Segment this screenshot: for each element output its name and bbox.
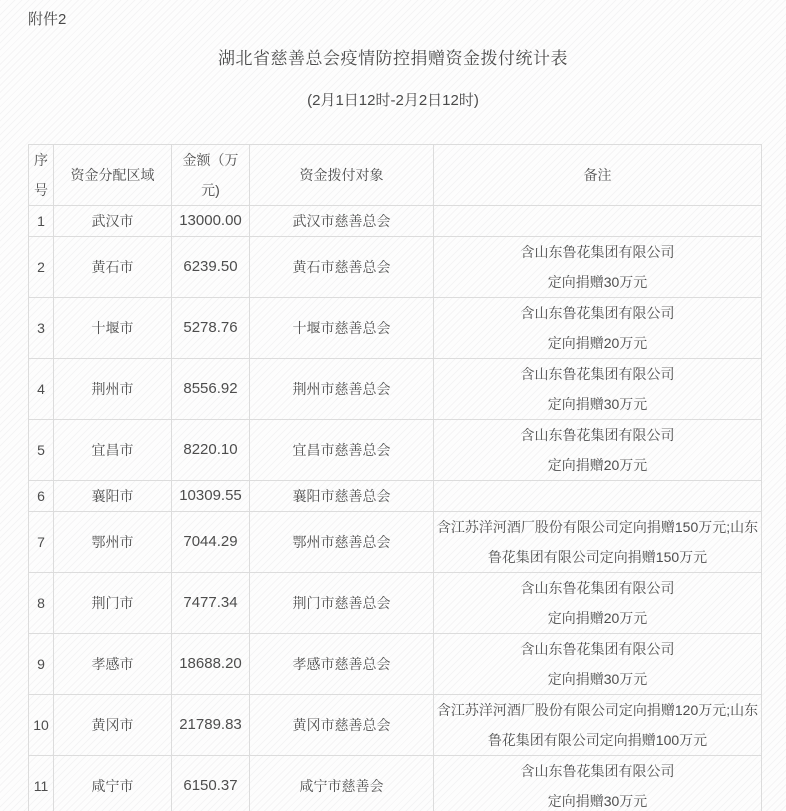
cell-amount: 13000.00 [172, 206, 250, 237]
table-row: 1 武汉市 13000.00 武汉市慈善总会 [29, 206, 762, 237]
table-row: 2 黄石市 6239.50 黄石市慈善总会 含山东鲁花集团有限公司 定向捐赠30… [29, 237, 762, 298]
cell-recipient: 十堰市慈善总会 [250, 298, 434, 359]
cell-recipient: 黄冈市慈善总会 [250, 695, 434, 756]
table-row: 8 荆门市 7477.34 荆门市慈善总会 含山东鲁花集团有限公司 定向捐赠20… [29, 573, 762, 634]
cell-no: 3 [29, 298, 54, 359]
cell-no: 2 [29, 237, 54, 298]
cell-remark: 含江苏洋河酒厂股份有限公司定向捐赠150万元;山东 鲁花集团有限公司定向捐赠15… [434, 512, 762, 573]
table-row: 9 孝感市 18688.20 孝感市慈善总会 含山东鲁花集团有限公司 定向捐赠3… [29, 634, 762, 695]
cell-recipient: 鄂州市慈善总会 [250, 512, 434, 573]
table-row: 10 黄冈市 21789.83 黄冈市慈善总会 含江苏洋河酒厂股份有限公司定向捐… [29, 695, 762, 756]
cell-recipient: 孝感市慈善总会 [250, 634, 434, 695]
cell-remark: 含江苏洋河酒厂股份有限公司定向捐赠120万元;山东 鲁花集团有限公司定向捐赠10… [434, 695, 762, 756]
attachment-label: 附件2 [28, 9, 786, 31]
cell-amount: 10309.55 [172, 481, 250, 512]
cell-no: 10 [29, 695, 54, 756]
cell-region: 荆州市 [54, 359, 172, 420]
header-recipient: 资金拨付对象 [250, 145, 434, 206]
cell-region: 襄阳市 [54, 481, 172, 512]
cell-no: 6 [29, 481, 54, 512]
cell-region: 十堰市 [54, 298, 172, 359]
table-header-row: 序 号 资金分配区域 金额（万 元) 资金拨付对象 备注 [29, 145, 762, 206]
cell-remark: 含山东鲁花集团有限公司 定向捐赠20万元 [434, 298, 762, 359]
cell-region: 黄冈市 [54, 695, 172, 756]
cell-amount: 7044.29 [172, 512, 250, 573]
cell-region: 黄石市 [54, 237, 172, 298]
cell-amount: 7477.34 [172, 573, 250, 634]
table-row: 3 十堰市 5278.76 十堰市慈善总会 含山东鲁花集团有限公司 定向捐赠20… [29, 298, 762, 359]
cell-recipient: 咸宁市慈善会 [250, 756, 434, 811]
cell-no: 9 [29, 634, 54, 695]
cell-amount: 6239.50 [172, 237, 250, 298]
cell-amount: 21789.83 [172, 695, 250, 756]
cell-no: 11 [29, 756, 54, 811]
cell-no: 7 [29, 512, 54, 573]
cell-no: 1 [29, 206, 54, 237]
cell-recipient: 荆州市慈善总会 [250, 359, 434, 420]
cell-no: 5 [29, 420, 54, 481]
cell-region: 武汉市 [54, 206, 172, 237]
page-title: 湖北省慈善总会疫情防控捐赠资金拨付统计表 [0, 46, 786, 72]
cell-no: 8 [29, 573, 54, 634]
cell-amount: 18688.20 [172, 634, 250, 695]
cell-recipient: 宜昌市慈善总会 [250, 420, 434, 481]
cell-remark [434, 206, 762, 237]
cell-remark: 含山东鲁花集团有限公司 定向捐赠30万元 [434, 237, 762, 298]
cell-remark: 含山东鲁花集团有限公司 定向捐赠30万元 [434, 359, 762, 420]
table-row: 6 襄阳市 10309.55 襄阳市慈善总会 [29, 481, 762, 512]
cell-amount: 6150.37 [172, 756, 250, 811]
header-no: 序 号 [29, 145, 54, 206]
table-row: 5 宜昌市 8220.10 宜昌市慈善总会 含山东鲁花集团有限公司 定向捐赠20… [29, 420, 762, 481]
table-row: 7 鄂州市 7044.29 鄂州市慈善总会 含江苏洋河酒厂股份有限公司定向捐赠1… [29, 512, 762, 573]
cell-amount: 8220.10 [172, 420, 250, 481]
cell-region: 鄂州市 [54, 512, 172, 573]
cell-remark: 含山东鲁花集团有限公司 定向捐赠30万元 [434, 634, 762, 695]
header-region: 资金分配区域 [54, 145, 172, 206]
cell-region: 荆门市 [54, 573, 172, 634]
cell-recipient: 襄阳市慈善总会 [250, 481, 434, 512]
cell-remark: 含山东鲁花集团有限公司 定向捐赠30万元 [434, 756, 762, 811]
cell-remark: 含山东鲁花集团有限公司 定向捐赠20万元 [434, 420, 762, 481]
cell-recipient: 武汉市慈善总会 [250, 206, 434, 237]
header-amount: 金额（万 元) [172, 145, 250, 206]
cell-remark [434, 481, 762, 512]
cell-region: 孝感市 [54, 634, 172, 695]
donation-table: 序 号 资金分配区域 金额（万 元) 资金拨付对象 备注 1 武汉市 13000… [28, 144, 762, 811]
cell-remark: 含山东鲁花集团有限公司 定向捐赠20万元 [434, 573, 762, 634]
table-row: 4 荆州市 8556.92 荆州市慈善总会 含山东鲁花集团有限公司 定向捐赠30… [29, 359, 762, 420]
cell-amount: 8556.92 [172, 359, 250, 420]
cell-region: 咸宁市 [54, 756, 172, 811]
cell-no: 4 [29, 359, 54, 420]
cell-region: 宜昌市 [54, 420, 172, 481]
cell-recipient: 荆门市慈善总会 [250, 573, 434, 634]
page-subtitle: (2月1日12时-2月2日12时) [0, 89, 786, 113]
cell-amount: 5278.76 [172, 298, 250, 359]
header-remark: 备注 [434, 145, 762, 206]
cell-recipient: 黄石市慈善总会 [250, 237, 434, 298]
table-row: 11 咸宁市 6150.37 咸宁市慈善会 含山东鲁花集团有限公司 定向捐赠30… [29, 756, 762, 811]
